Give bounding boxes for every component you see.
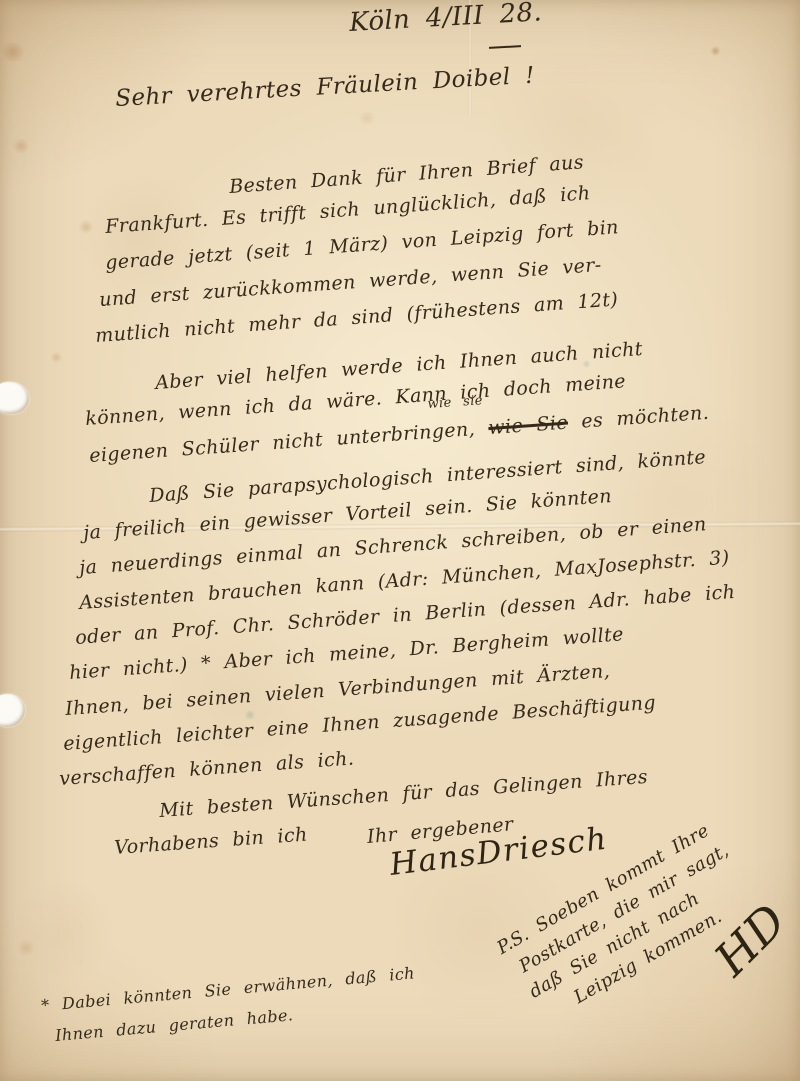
foxing-stain	[356, 112, 378, 124]
foxing-stain	[12, 138, 30, 154]
foxing-stain	[710, 46, 721, 56]
foxing-stain	[0, 42, 26, 62]
footnote-line: Ihnen dazu geraten habe.	[55, 1007, 294, 1044]
punch-hole-bottom	[0, 694, 25, 727]
salutation: Sehr verehrtes Fräulein Doibel !	[115, 65, 536, 111]
interlinear-insertion: wie sie	[427, 394, 483, 411]
struck-text: wie Sie	[488, 412, 569, 440]
body-line-post: es möchten.	[567, 402, 710, 434]
letter-page: Köln 4/III 28. Sehr verehrtes Fräulein D…	[0, 0, 800, 1081]
foxing-stain	[78, 220, 94, 234]
date-line: Köln 4/III 28.	[349, 0, 543, 36]
footnote-line: * Dabei könnten Sie erwähnen, daß ich	[41, 965, 416, 1014]
date-underline	[489, 45, 521, 49]
foxing-stain	[50, 352, 63, 363]
closing-line: Vorhabens bin ich	[114, 826, 309, 858]
foxing-stain	[16, 940, 36, 956]
body-line: verschaffen können als ich.	[59, 749, 355, 789]
ink-smudge	[244, 710, 256, 720]
punch-hole-top	[0, 382, 29, 414]
